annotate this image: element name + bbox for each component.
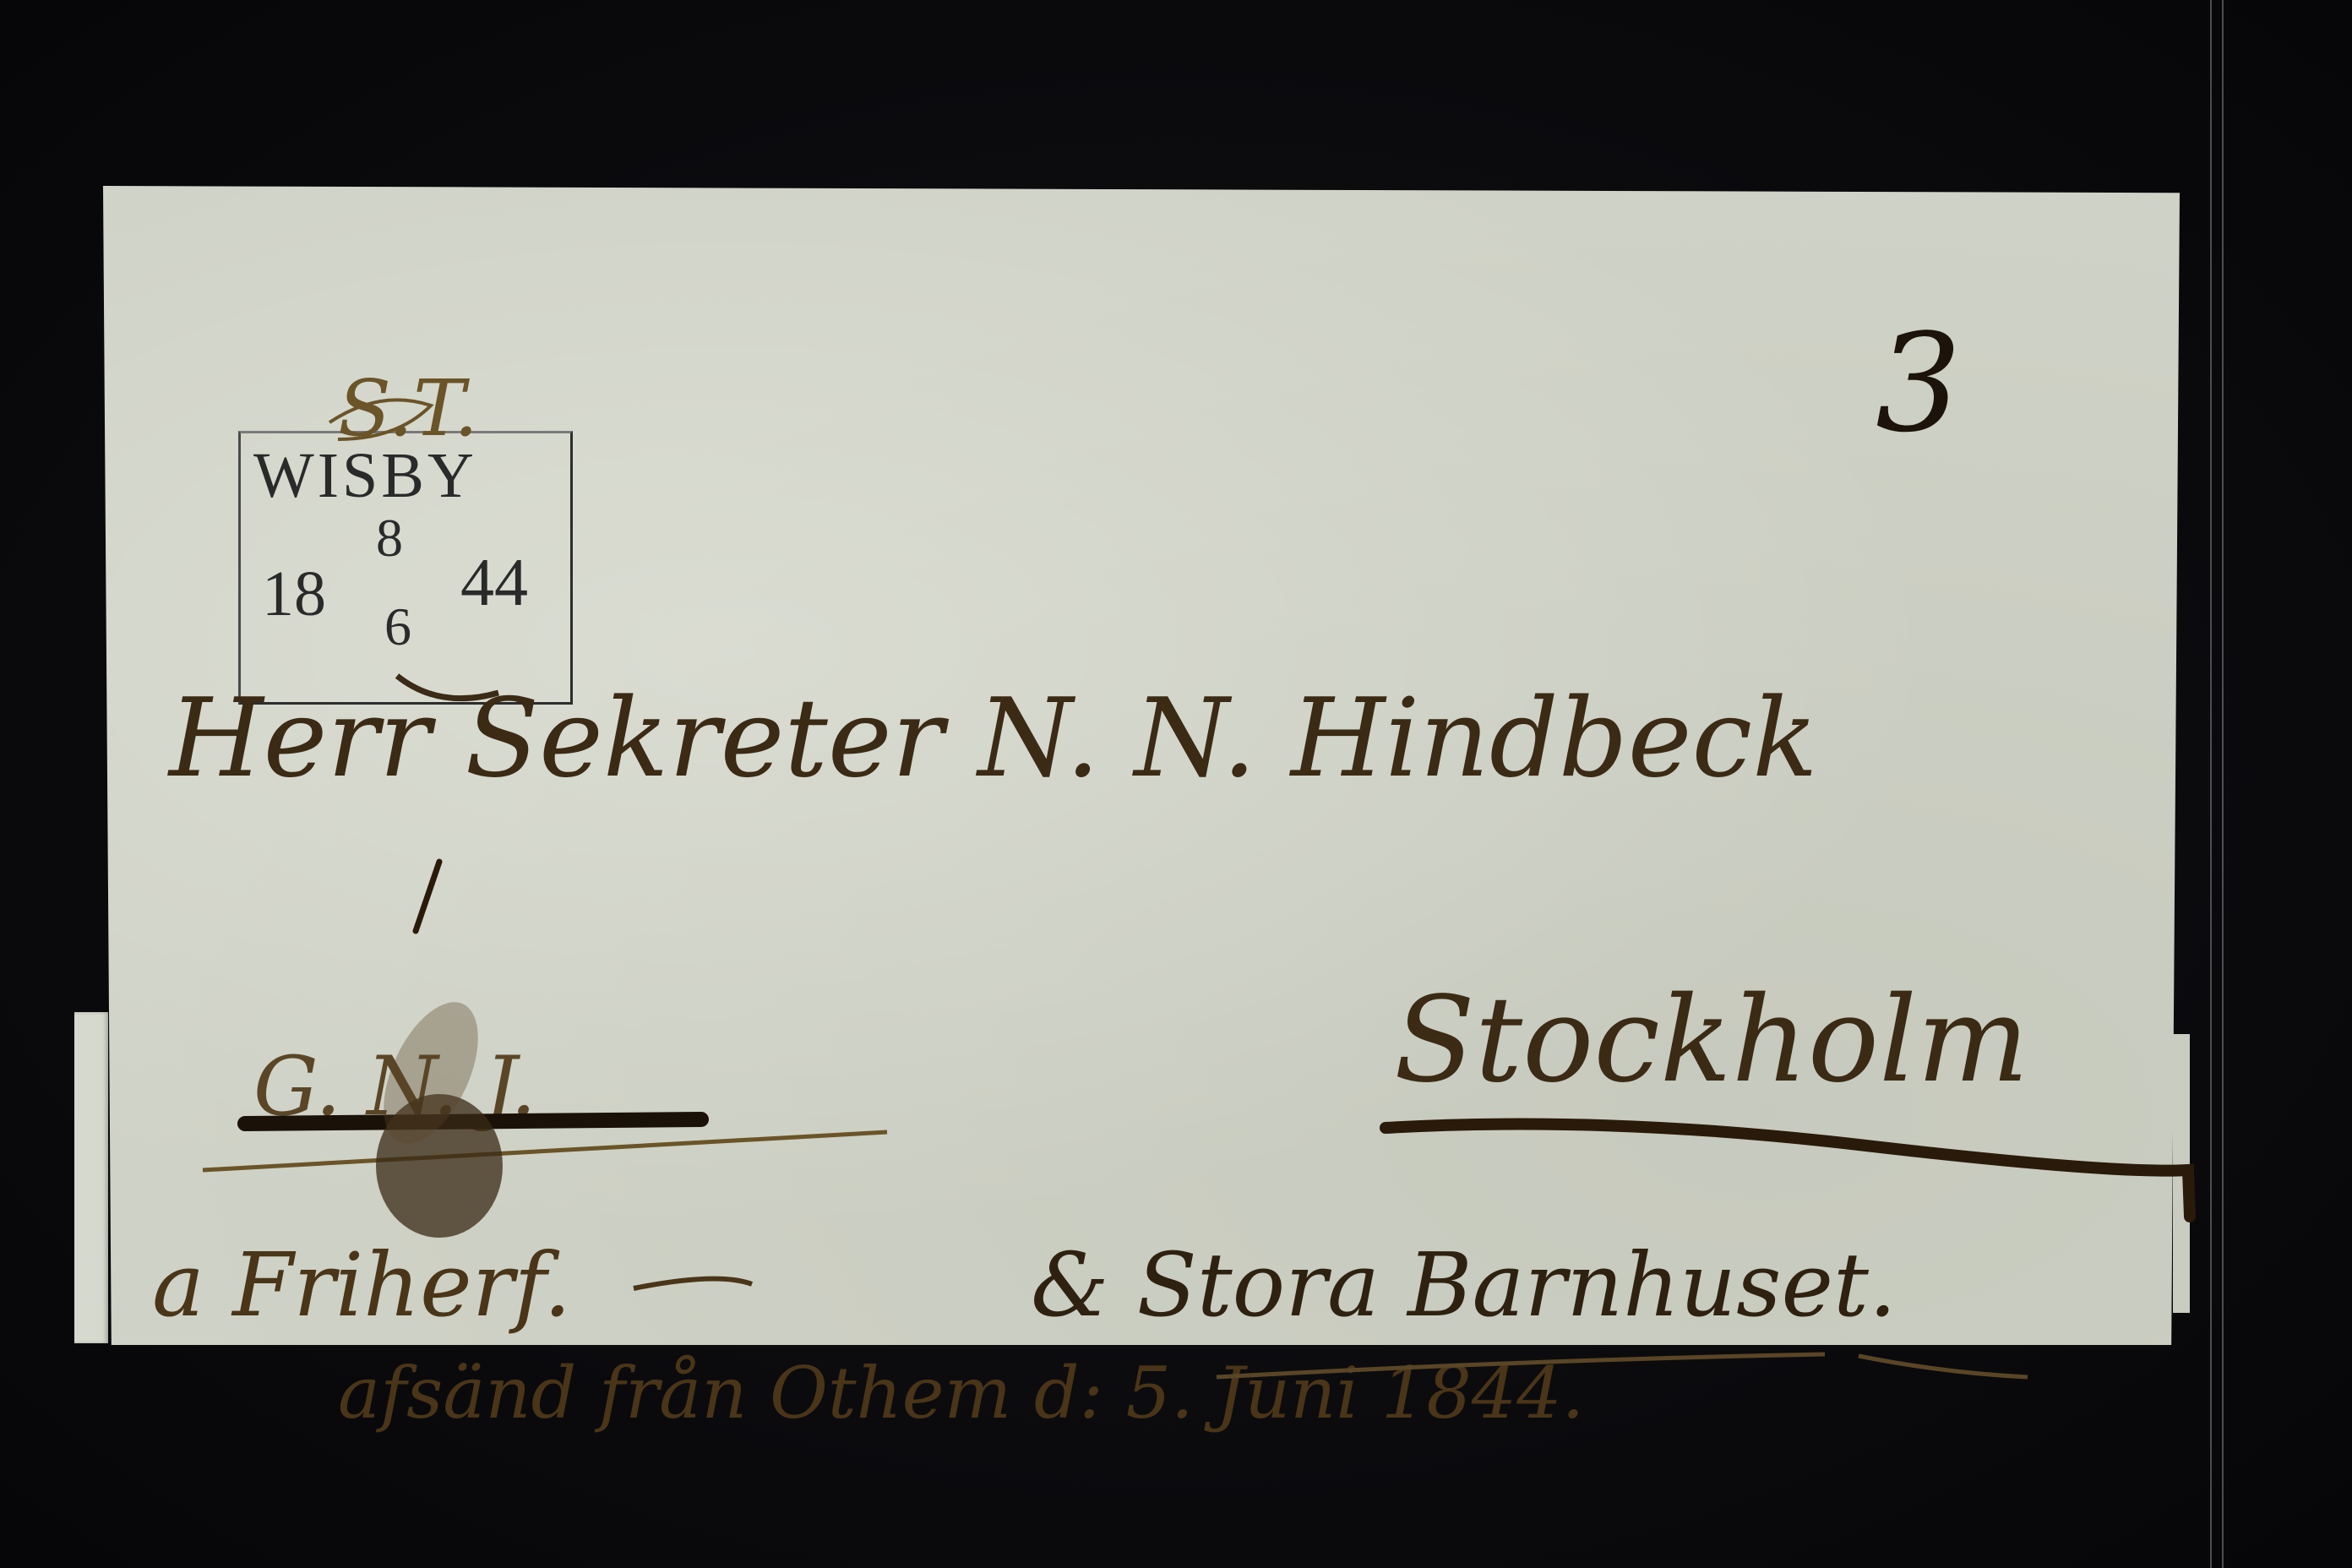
ink-strokes <box>0 0 2352 1568</box>
